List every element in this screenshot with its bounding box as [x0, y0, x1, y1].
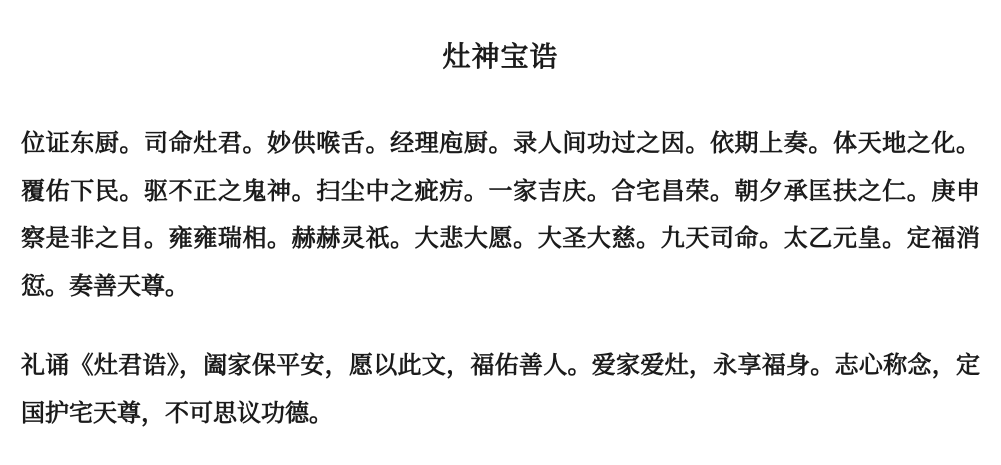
- scripture-paragraph: 位证东厨。司命灶君。妙供喉舌。经理庖厨。录人间功过之因。依期上奏。体天地之化。覆…: [21, 120, 980, 310]
- document-body: 位证东厨。司命灶君。妙供喉舌。经理庖厨。录人间功过之因。依期上奏。体天地之化。覆…: [0, 120, 1001, 437]
- document-page: 灶神宝诰 位证东厨。司命灶君。妙供喉舌。经理庖厨。录人间功过之因。依期上奏。体天…: [0, 0, 1001, 465]
- page-title: 灶神宝诰: [0, 0, 1001, 74]
- blessing-paragraph: 礼诵《灶君诰》，阖家保平安，愿以此文，福佑善人。爱家爱灶，永享福身。志心称念，定…: [21, 342, 980, 437]
